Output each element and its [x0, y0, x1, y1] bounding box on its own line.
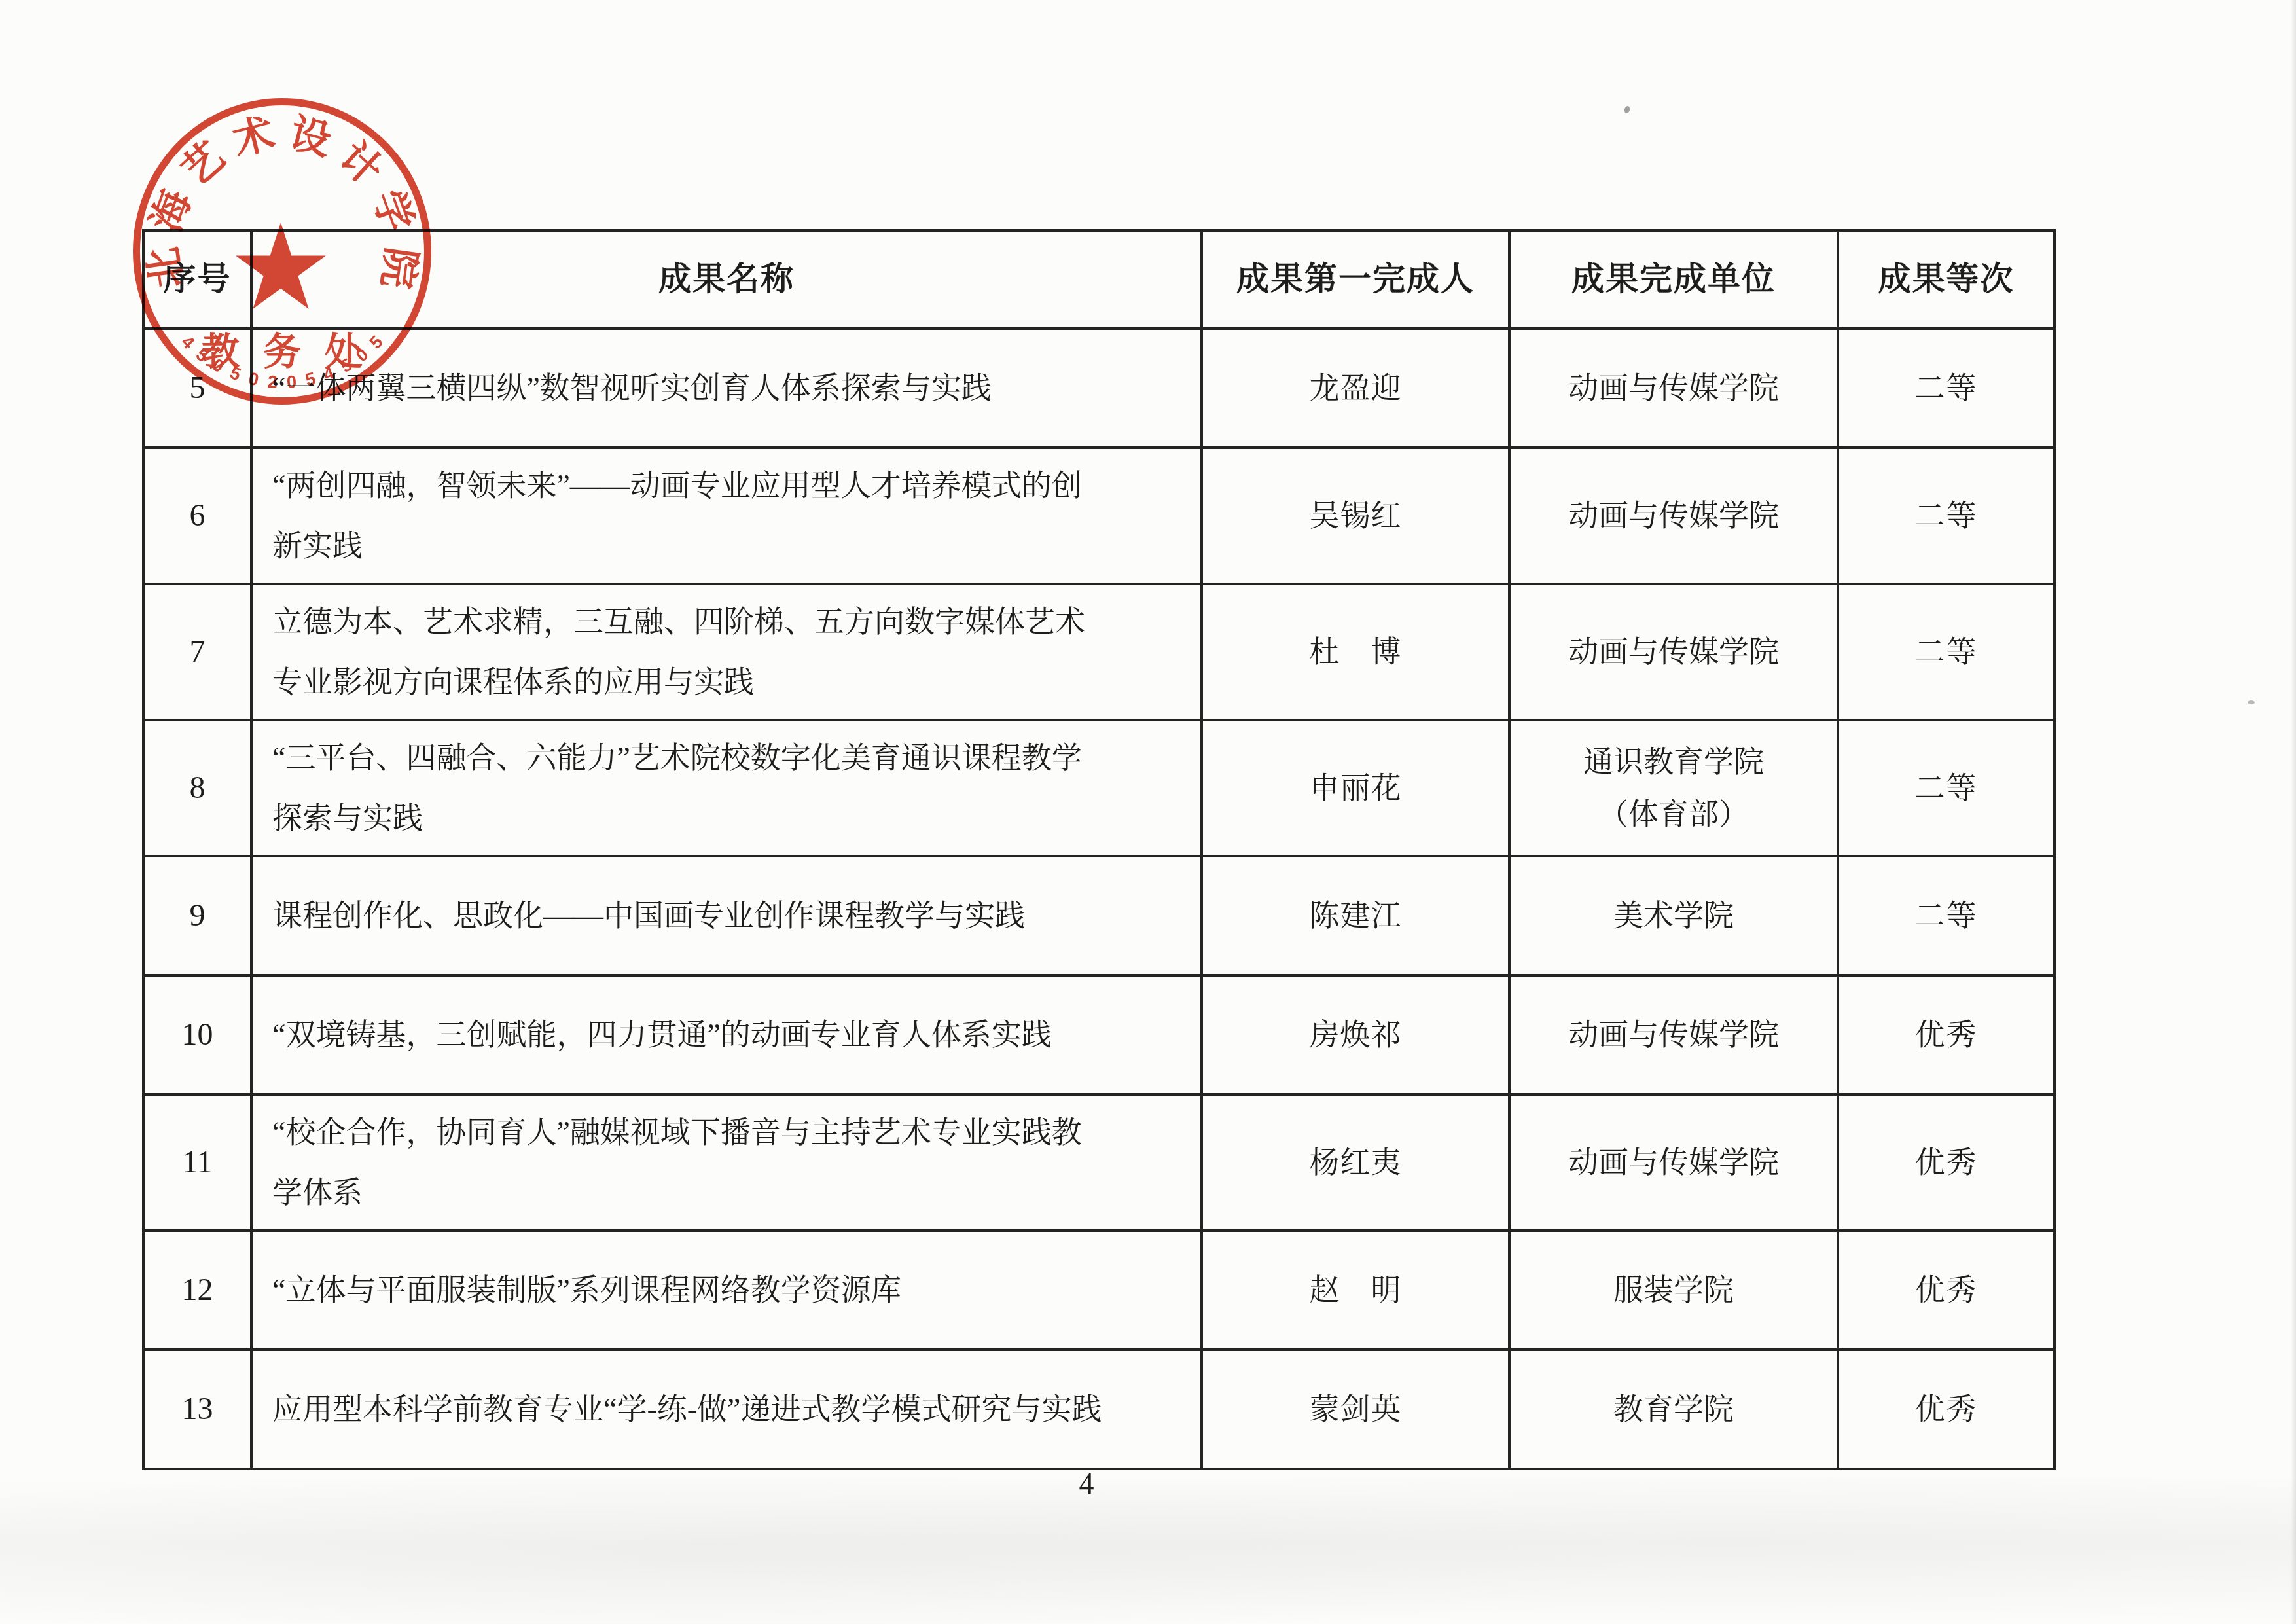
first-completer: 杜 博 [1202, 584, 1509, 720]
achievement-award-table: 序号 成果名称 成果第一完成人 成果完成单位 成果等次 5 “一体两翼三横四纵”… [142, 229, 2056, 1470]
grade-value: 二等 [1838, 856, 2054, 975]
scan-speck [1623, 105, 1630, 114]
achievement-title: “校企合作，协同育人”融媒视域下播音与主持艺术专业实践教学体系 [251, 1094, 1202, 1231]
scan-speck [2248, 700, 2255, 704]
row-serial-number: 8 [143, 720, 251, 856]
page-number: 4 [1047, 1466, 1126, 1501]
completing-unit: 动画与传媒学院 [1509, 448, 1838, 584]
scanned-document-page: { "document": { "page_number": "4" }, "s… [0, 0, 2296, 1624]
row-serial-number: 10 [143, 975, 251, 1094]
row-serial-number: 5 [143, 329, 251, 448]
first-completer: 房焕祁 [1202, 975, 1509, 1094]
header-grade: 成果等次 [1838, 230, 2054, 329]
achievement-title: “立体与平面服装制版”系列课程网络教学资源库 [251, 1231, 1202, 1350]
grade-value: 二等 [1838, 720, 2054, 856]
completing-unit: 美术学院 [1509, 856, 1838, 975]
header-completing-unit: 成果完成单位 [1509, 230, 1838, 329]
completing-unit: 动画与传媒学院 [1509, 1094, 1838, 1231]
completing-unit: 教育学院 [1509, 1350, 1838, 1469]
achievement-title: “一体两翼三横四纵”数智视听实创育人体系探索与实践 [251, 329, 1202, 448]
header-achievement-name: 成果名称 [251, 230, 1202, 329]
achievement-title: 课程创作化、思政化——中国画专业创作课程教学与实践 [251, 856, 1202, 975]
row-serial-number: 13 [143, 1350, 251, 1469]
grade-value: 二等 [1838, 448, 2054, 584]
first-completer: 杨红夷 [1202, 1094, 1509, 1231]
first-completer: 申丽花 [1202, 720, 1509, 856]
first-completer: 吴锡红 [1202, 448, 1509, 584]
completing-unit: 通识教育学院 （体育部） [1509, 720, 1838, 856]
row-serial-number: 12 [143, 1231, 251, 1350]
grade-value: 优秀 [1838, 1094, 2054, 1231]
seal-institution-char: 术 [224, 105, 281, 162]
table-row: 13 应用型本科学前教育专业“学-练-做”递进式教学模式研究与实践 蒙剑英 教育… [143, 1350, 2054, 1469]
row-serial-number: 9 [143, 856, 251, 975]
table-header-row: 序号 成果名称 成果第一完成人 成果完成单位 成果等次 [143, 230, 2054, 329]
row-serial-number: 11 [143, 1094, 251, 1231]
table-row: 9 课程创作化、思政化——中国画专业创作课程教学与实践 陈建江 美术学院 二等 [143, 856, 2054, 975]
header-serial-number: 序号 [143, 230, 251, 329]
completing-unit: 动画与传媒学院 [1509, 584, 1838, 720]
scan-shadow-band [0, 1476, 2296, 1624]
table-row: 12 “立体与平面服装制版”系列课程网络教学资源库 赵 明 服装学院 优秀 [143, 1231, 2054, 1350]
first-completer: 龙盈迎 [1202, 329, 1509, 448]
grade-value: 二等 [1838, 584, 2054, 720]
achievement-title: 立德为本、艺术求精，三互融、四阶梯、五方向数字媒体艺术专业影视方向课程体系的应用… [251, 584, 1202, 720]
achievement-title: “两创四融，智领未来”——动画专业应用型人才培养模式的创新实践 [251, 448, 1202, 584]
achievement-title: 应用型本科学前教育专业“学-练-做”递进式教学模式研究与实践 [251, 1350, 1202, 1469]
completing-unit: 动画与传媒学院 [1509, 975, 1838, 1094]
grade-value: 二等 [1838, 329, 2054, 448]
table-row: 6 “两创四融，智领未来”——动画专业应用型人才培养模式的创新实践 吴锡红 动画… [143, 448, 2054, 584]
row-serial-number: 7 [143, 584, 251, 720]
grade-value: 优秀 [1838, 1231, 2054, 1350]
row-serial-number: 6 [143, 448, 251, 584]
table-row: 8 “三平台、四融合、六能力”艺术院校数字化美育通识课程教学探索与实践 申丽花 … [143, 720, 2054, 856]
completing-unit: 服装学院 [1509, 1231, 1838, 1350]
first-completer: 蒙剑英 [1202, 1350, 1509, 1469]
achievement-title: “双境铸基，三创赋能，四力贯通”的动画专业育人体系实践 [251, 975, 1202, 1094]
grade-value: 优秀 [1838, 1350, 2054, 1469]
achievement-title: “三平台、四融合、六能力”艺术院校数字化美育通识课程教学探索与实践 [251, 720, 1202, 856]
completing-unit: 动画与传媒学院 [1509, 329, 1838, 448]
seal-institution-char: 设 [283, 105, 340, 162]
table-row: 11 “校企合作，协同育人”融媒视域下播音与主持艺术专业实践教学体系 杨红夷 动… [143, 1094, 2054, 1231]
table-row: 10 “双境铸基，三创赋能，四力贯通”的动画专业育人体系实践 房焕祁 动画与传媒… [143, 975, 2054, 1094]
first-completer: 陈建江 [1202, 856, 1509, 975]
grade-value: 优秀 [1838, 975, 2054, 1094]
first-completer: 赵 明 [1202, 1231, 1509, 1350]
seal-institution-char: 计 [331, 128, 397, 194]
table-row: 7 立德为本、艺术求精，三互融、四阶梯、五方向数字媒体艺术专业影视方向课程体系的… [143, 584, 2054, 720]
header-first-completer: 成果第一完成人 [1202, 230, 1509, 329]
scan-edge-shadow [2291, 0, 2296, 1624]
seal-institution-char: 艺 [168, 128, 234, 194]
table-row: 5 “一体两翼三横四纵”数智视听实创育人体系探索与实践 龙盈迎 动画与传媒学院 … [143, 329, 2054, 448]
